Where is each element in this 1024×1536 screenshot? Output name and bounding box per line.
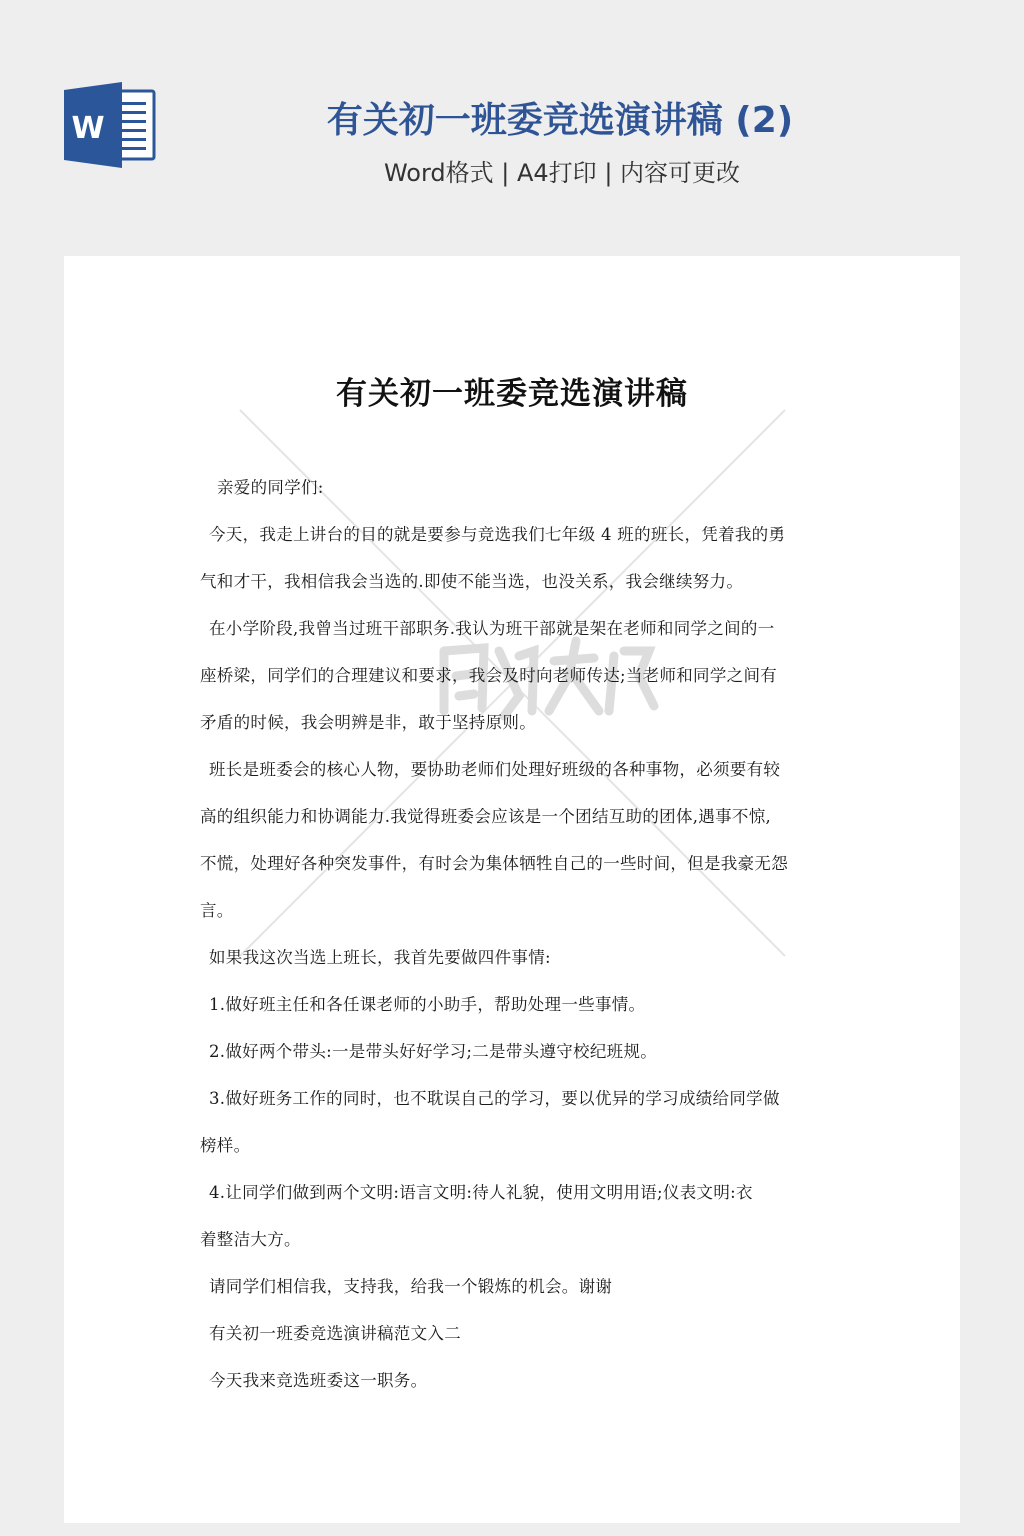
document-line: 班长是班委会的核心人物，要协助老师们处理好班级的各种事物，必须要有较	[200, 746, 840, 793]
document-line: 2.做好两个带头:一是带头好好学习;二是带头遵守校纪班规。	[200, 1028, 840, 1075]
document-line: 3.做好班务工作的同时，也不耽误自己的学习，要以优异的学习成绩给同学做	[200, 1075, 840, 1122]
document-line: 今天我来竞选班委这一职务。	[200, 1357, 840, 1404]
document-line: 矛盾的时候，我会明辨是非，敢于坚持原则。	[200, 699, 840, 746]
document-line: 1.做好班主任和各任课老师的小助手，帮助处理一些事情。	[200, 981, 840, 1028]
document-line: 有关初一班委竞选演讲稿范文入二	[200, 1310, 840, 1357]
document-line: 榜样。	[200, 1122, 840, 1169]
document-line: 请同学们相信我，支持我，给我一个锻炼的机会。谢谢	[200, 1263, 840, 1310]
document-line: 亲爱的同学们:	[200, 464, 840, 511]
document-line: 高的组织能力和协调能力.我觉得班委会应该是一个团结互助的团体,遇事不惊,	[200, 793, 840, 840]
document-line: 气和才干，我相信我会当选的.即使不能当选，也没关系，我会继续努力。	[200, 558, 840, 605]
page-title: 有关初一班委竞选演讲稿 (2)	[0, 92, 1024, 143]
page-subtitle: Word格式 | A4打印 | 内容可更改	[0, 153, 1024, 188]
document-title: 有关初一班委竞选演讲稿	[64, 368, 960, 413]
document-body: 亲爱的同学们:今天，我走上讲台的目的就是要参与竞选我们七年级 4 班的班长，凭着…	[200, 464, 840, 1404]
document-line: 不慌，处理好各种突发事件，有时会为集体牺牲自己的一些时间，但是我豪无怨	[200, 840, 840, 887]
header-banner: W 有关初一班委竞选演讲稿 (2) Word格式 | A4打印 | 内容可更改	[0, 0, 1024, 256]
document-line: 如果我这次当选上班长，我首先要做四件事情:	[200, 934, 840, 981]
document-line: 今天，我走上讲台的目的就是要参与竞选我们七年级 4 班的班长，凭着我的勇	[200, 511, 840, 558]
document-line: 着整洁大方。	[200, 1216, 840, 1263]
document-line: 在小学阶段,我曾当过班干部职务.我认为班干部就是架在老师和同学之间的一	[200, 605, 840, 652]
document-line: 座桥梁，同学们的合理建议和要求，我会及时向老师传达;当老师和同学之间有	[200, 652, 840, 699]
document-page: 有关初一班委竞选演讲稿 亲爱的同学们:今天，我走上讲台的目的就是要参与竞选我们七…	[64, 256, 960, 1523]
document-line: 言。	[200, 887, 840, 934]
document-line: 4.让同学们做到两个文明:语言文明:待人礼貌，使用文明用语;仪表文明:衣	[200, 1169, 840, 1216]
